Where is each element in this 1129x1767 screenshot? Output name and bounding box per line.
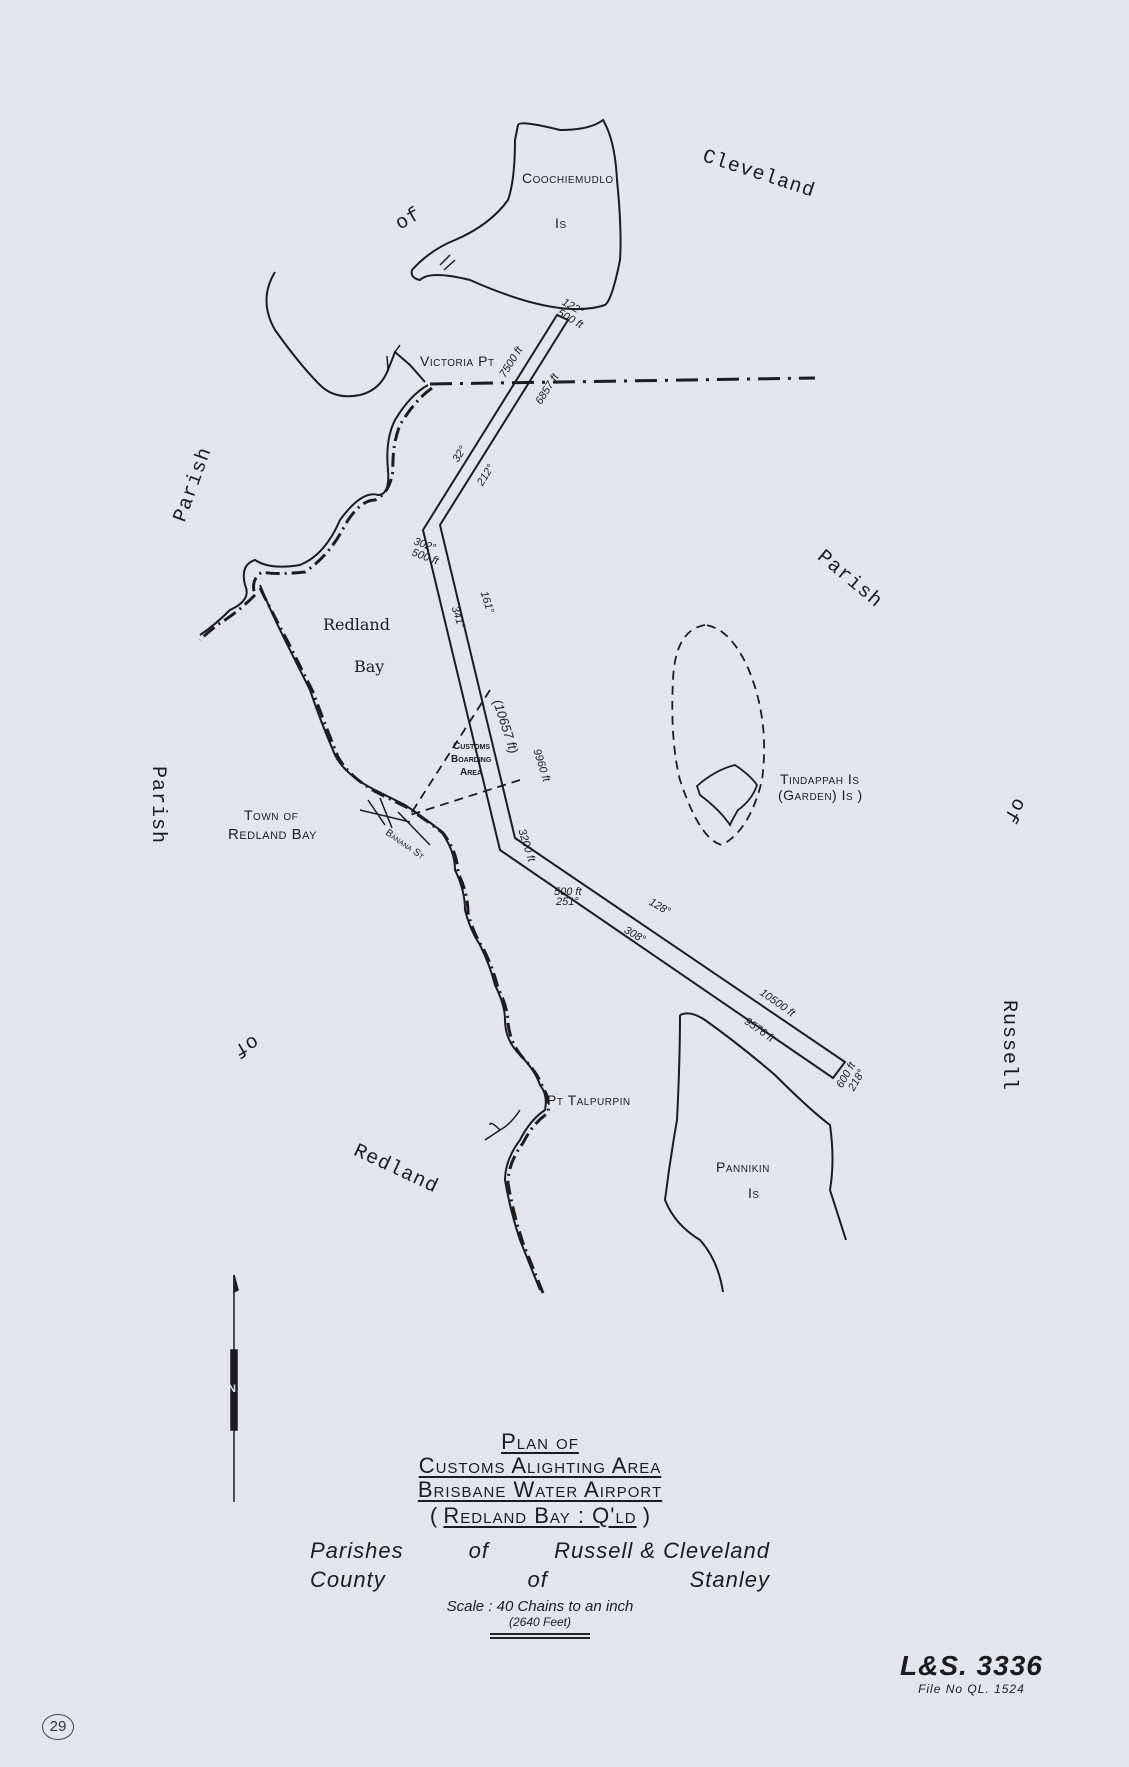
label-redland-bay-town: Redland Bay bbox=[228, 827, 317, 842]
label-pannikin-is: Is bbox=[748, 1186, 760, 1200]
coochiemudlo-island-outline bbox=[412, 120, 621, 309]
label-bay: Bay bbox=[354, 659, 384, 675]
scale-subtext: (2640 Feet) bbox=[290, 1615, 790, 1629]
label-coochiemudlo-is: Is bbox=[555, 216, 567, 230]
label-pt-talpurpin: Pt Talpurpin bbox=[547, 1093, 631, 1107]
title-paren-close: ) bbox=[643, 1503, 650, 1528]
parishes-word: Parishes bbox=[310, 1537, 404, 1566]
label-area: Area bbox=[460, 768, 482, 778]
title-customs-alighting-area: Customs Alighting Area bbox=[290, 1454, 790, 1478]
label-garden: (Garden) Is ) bbox=[778, 788, 863, 802]
north-arrow-n-label: N bbox=[228, 1384, 236, 1395]
survey-plan-sheet: of Cleveland Parish Parish of Redland Pa… bbox=[0, 0, 1129, 1767]
parishes-of: of bbox=[469, 1537, 489, 1566]
label-customs: Customs bbox=[453, 742, 490, 752]
title-plan-of: Plan of bbox=[290, 1430, 790, 1454]
label-redland: Redland bbox=[323, 617, 390, 633]
file-number: File No QL. 1524 bbox=[900, 1682, 1043, 1696]
dim-bend2-bearing: 251° bbox=[556, 897, 579, 908]
title-parishes: Parishes of Russell & Cleveland bbox=[310, 1537, 770, 1566]
plan-reference: L&S. 3336 File No QL. 1524 bbox=[900, 1650, 1043, 1696]
title-location: ( Redland Bay : Q'ld ) bbox=[290, 1503, 790, 1529]
county-word: County bbox=[310, 1566, 386, 1595]
label-pannikin: Pannikin bbox=[716, 1160, 770, 1174]
title-block: Plan of Customs Alighting Area Brisbane … bbox=[290, 1430, 790, 1639]
title-county: County of Stanley bbox=[310, 1566, 770, 1595]
double-rule-divider bbox=[490, 1633, 590, 1639]
county-name: Stanley bbox=[690, 1566, 770, 1595]
title-brisbane-water-airport: Brisbane Water Airport bbox=[290, 1478, 790, 1502]
label-boarding: Boarding bbox=[451, 755, 491, 765]
parish-boundary-line bbox=[430, 378, 815, 384]
title-paren-open: ( bbox=[430, 1503, 437, 1528]
label-coochiemudlo: Coochiemudlo bbox=[522, 171, 614, 185]
plan-number: L&S. 3336 bbox=[900, 1650, 1043, 1682]
parish-label-russell: Russell bbox=[998, 1000, 1018, 1091]
parish-label-parish-left: Parish bbox=[147, 766, 167, 844]
victoria-point-coast bbox=[267, 272, 426, 396]
scale-text: Scale : 40 Chains to an inch bbox=[290, 1598, 790, 1615]
pannikin-island-outline bbox=[665, 1013, 846, 1292]
county-of: of bbox=[527, 1566, 547, 1595]
label-tindappah: Tindappah Is bbox=[780, 772, 859, 786]
label-town-of: Town of bbox=[244, 808, 298, 822]
parishes-names: Russell & Cleveland bbox=[554, 1537, 770, 1566]
page-number-circle: 29 bbox=[42, 1714, 74, 1740]
label-victoria-pt: Victoria Pt bbox=[420, 354, 495, 368]
title-redland-bay-qld: Redland Bay : Q'ld bbox=[443, 1503, 636, 1528]
